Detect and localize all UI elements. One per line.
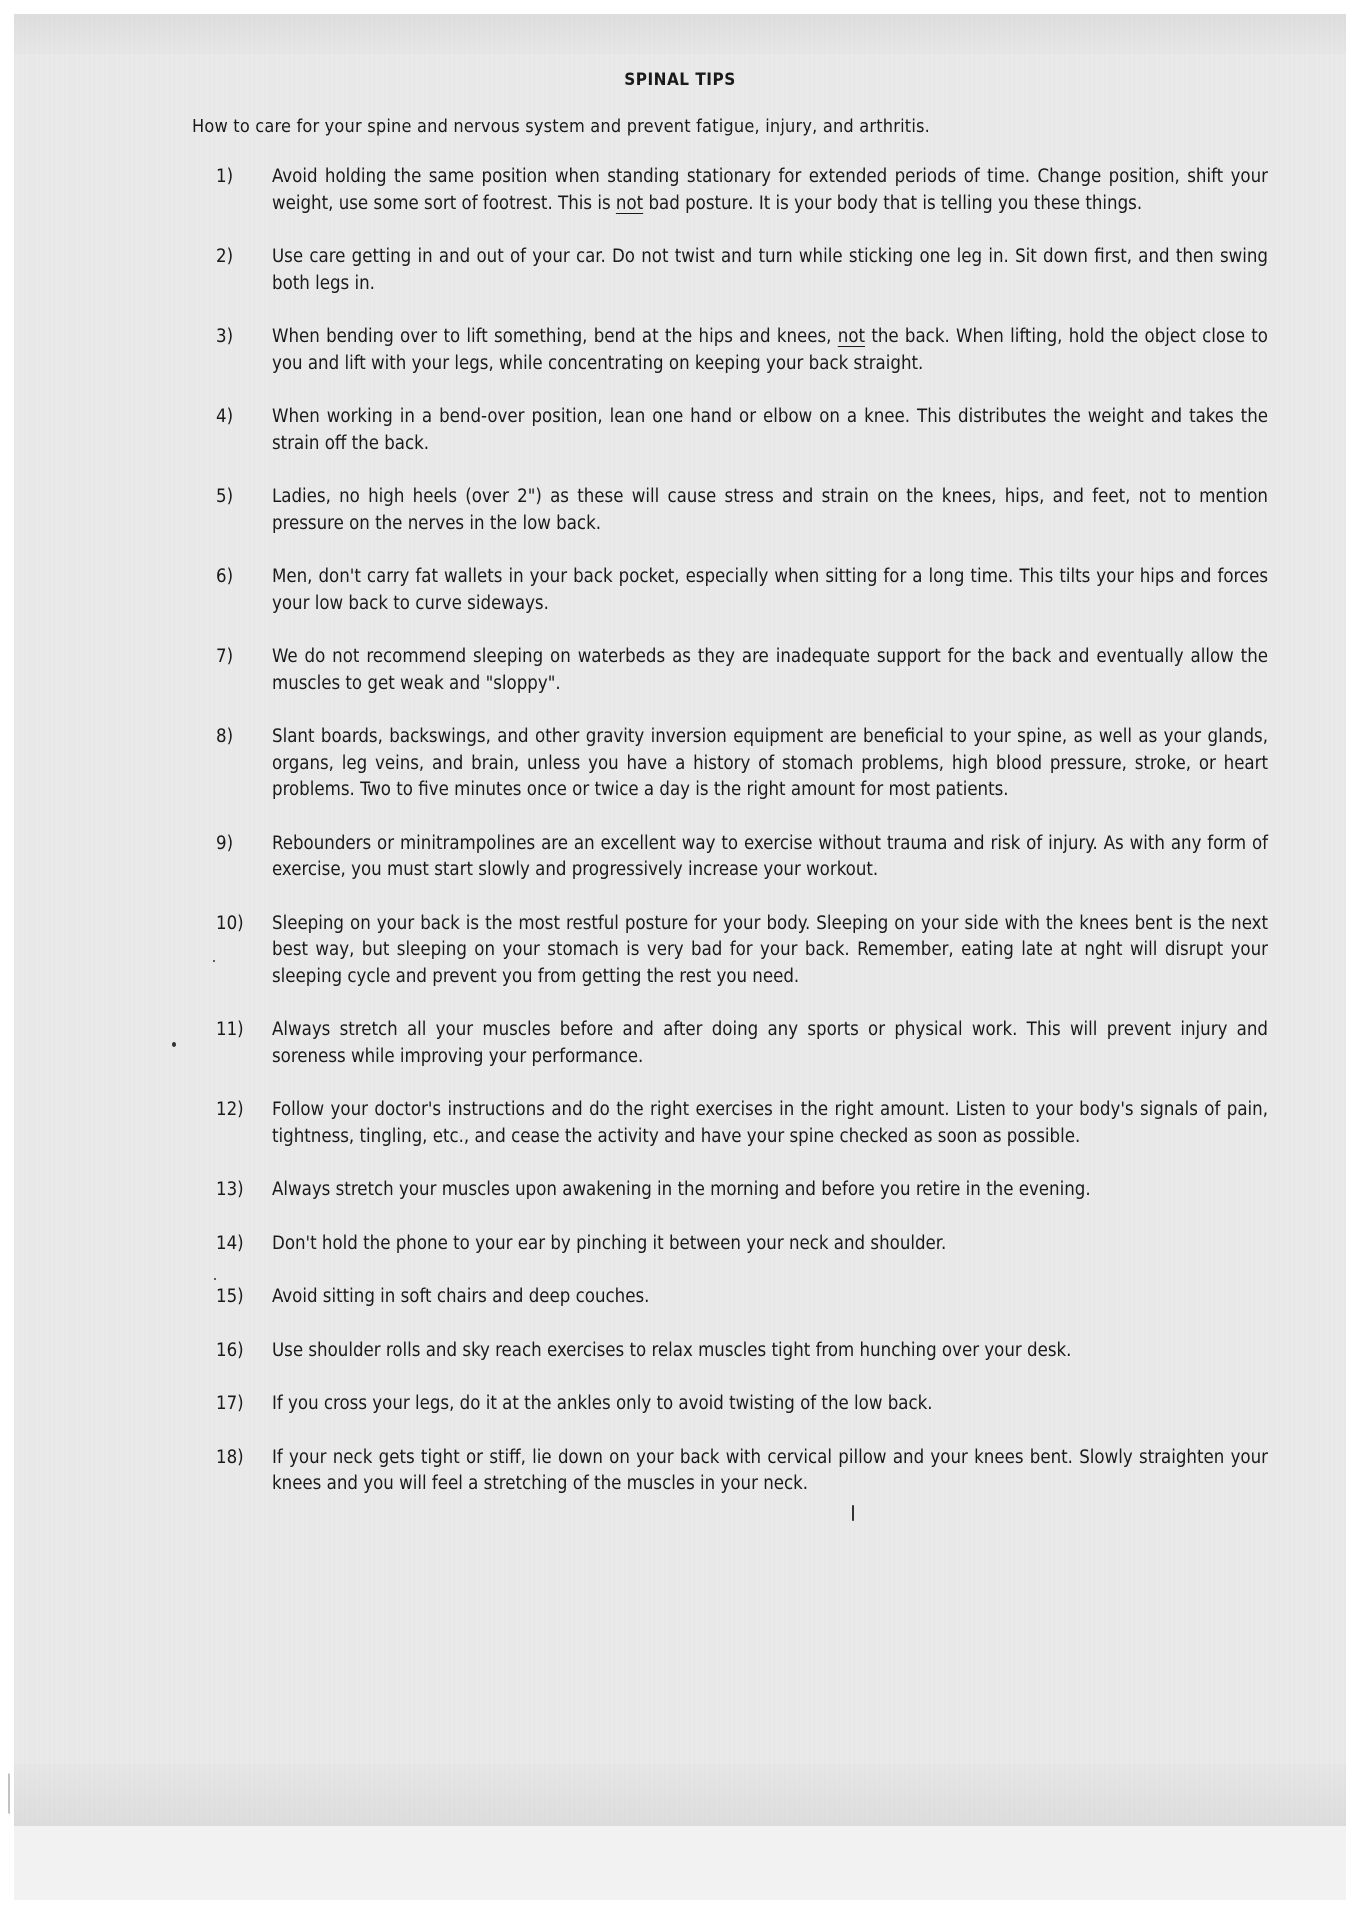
tip-item: 1)Avoid holding the same position when s… <box>208 164 1268 217</box>
tips-list: 1)Avoid holding the same position when s… <box>208 164 1268 1498</box>
text-run: Men, don't carry fat wallets in your bac… <box>272 566 1268 614</box>
tip-text: Slant boards, backswings, and other grav… <box>272 726 1268 800</box>
tip-text: Don't hold the phone to your ear by pinc… <box>272 1233 946 1254</box>
tip-text: When bending over to lift something, ben… <box>272 326 1268 374</box>
tip-item: 11)Always stretch all your muscles befor… <box>208 1017 1268 1070</box>
tip-number: 15) <box>216 1284 264 1311</box>
tip-text: We do not recommend sleeping on waterbed… <box>272 646 1268 694</box>
page-subtitle: How to care for your spine and nervous s… <box>192 116 1292 137</box>
tip-text: Avoid sitting in soft chairs and deep co… <box>272 1286 649 1307</box>
tip-number: 6) <box>216 564 264 591</box>
tip-number: 3) <box>216 324 264 351</box>
tip-number: 5) <box>216 484 264 511</box>
text-run: Slant boards, backswings, and other grav… <box>272 726 1268 800</box>
tip-item: 3)When bending over to lift something, b… <box>208 324 1268 377</box>
tip-item: 14)Don't hold the phone to your ear by p… <box>208 1231 1268 1258</box>
tip-text: Use shoulder rolls and sky reach exercis… <box>272 1340 1071 1361</box>
text-run: Rebounders or minitrampolines are an exc… <box>272 833 1268 881</box>
tip-number: 7) <box>216 644 264 671</box>
scan-speck <box>214 1278 216 1280</box>
tip-text: Sleeping on your back is the most restfu… <box>272 913 1268 987</box>
tip-text: Avoid holding the same position when sta… <box>272 166 1268 214</box>
tip-item: 5)Ladies, no high heels (over 2") as the… <box>208 484 1268 537</box>
tip-text: Ladies, no high heels (over 2") as these… <box>272 486 1268 534</box>
tip-item: 4)When working in a bend-over position, … <box>208 404 1268 457</box>
tip-text: Use care getting in and out of your car.… <box>272 246 1268 294</box>
scan-speck <box>172 1042 176 1047</box>
tip-number: 13) <box>216 1177 264 1204</box>
tip-item: 10)Sleeping on your back is the most res… <box>208 911 1268 991</box>
tip-item: 2)Use care getting in and out of your ca… <box>208 244 1268 297</box>
text-run: If you cross your legs, do it at the ank… <box>272 1393 933 1414</box>
text-run: When bending over to lift something, ben… <box>272 326 838 347</box>
emphasis-underline: not <box>616 193 643 214</box>
tip-text: When working in a bend-over position, le… <box>272 406 1268 454</box>
tip-text: Always stretch your muscles upon awakeni… <box>272 1179 1091 1200</box>
text-run: Follow your doctor's instructions and do… <box>272 1099 1268 1147</box>
text-run: Use care getting in and out of your car.… <box>272 246 1268 294</box>
scan-noise-bottom <box>14 1764 1346 1834</box>
tip-number: 18) <box>216 1445 264 1472</box>
tip-item: 8)Slant boards, backswings, and other gr… <box>208 724 1268 804</box>
text-run: Sleeping on your back is the most restfu… <box>272 913 1268 987</box>
tip-text: If your neck gets tight or stiff, lie do… <box>272 1447 1268 1495</box>
tip-item: 15)Avoid sitting in soft chairs and deep… <box>208 1284 1268 1311</box>
text-run: If your neck gets tight or stiff, lie do… <box>272 1447 1268 1495</box>
text-run: bad posture. It is your body that is tel… <box>643 193 1142 214</box>
tip-number: 14) <box>216 1231 264 1258</box>
text-run: Don't hold the phone to your ear by pinc… <box>272 1233 946 1254</box>
text-run: Avoid sitting in soft chairs and deep co… <box>272 1286 649 1307</box>
text-run: Always stretch your muscles upon awakeni… <box>272 1179 1091 1200</box>
tip-item: 16)Use shoulder rolls and sky reach exer… <box>208 1338 1268 1365</box>
text-run: Always stretch all your muscles before a… <box>272 1019 1268 1067</box>
tip-text: If you cross your legs, do it at the ank… <box>272 1393 933 1414</box>
tip-number: 12) <box>216 1097 264 1124</box>
scan-speck <box>213 960 215 962</box>
tip-text: Men, don't carry fat wallets in your bac… <box>272 566 1268 614</box>
tip-item: 18)If your neck gets tight or stiff, lie… <box>208 1445 1268 1498</box>
text-run: Ladies, no high heels (over 2") as these… <box>272 486 1268 534</box>
tip-number: 1) <box>216 164 264 191</box>
emphasis-underline: not <box>838 326 865 347</box>
text-run: When working in a bend-over position, le… <box>272 406 1268 454</box>
tip-item: 7)We do not recommend sleeping on waterb… <box>208 644 1268 697</box>
page-bottom-margin <box>14 1826 1346 1900</box>
tip-item: 6)Men, don't carry fat wallets in your b… <box>208 564 1268 617</box>
page-title: SPINAL TIPS <box>0 70 1360 90</box>
text-run: Use shoulder rolls and sky reach exercis… <box>272 1340 1071 1361</box>
tip-number: 11) <box>216 1017 264 1044</box>
tip-text: Rebounders or minitrampolines are an exc… <box>272 833 1268 881</box>
tip-text: Follow your doctor's instructions and do… <box>272 1099 1268 1147</box>
tip-item: 12)Follow your doctor's instructions and… <box>208 1097 1268 1150</box>
tip-number: 9) <box>216 831 264 858</box>
tip-number: 2) <box>216 244 264 271</box>
tip-number: 8) <box>216 724 264 751</box>
tip-item: 9)Rebounders or minitrampolines are an e… <box>208 831 1268 884</box>
tip-item: 13)Always stretch your muscles upon awak… <box>208 1177 1268 1204</box>
tip-number: 10) <box>216 911 264 938</box>
tip-number: 4) <box>216 404 264 431</box>
tip-text: Always stretch all your muscles before a… <box>272 1019 1268 1067</box>
tip-number: 16) <box>216 1338 264 1365</box>
scan-speck <box>852 1505 854 1521</box>
text-run: We do not recommend sleeping on waterbed… <box>272 646 1268 694</box>
tip-number: 17) <box>216 1391 264 1418</box>
scan-noise-top <box>14 14 1346 54</box>
tip-item: 17)If you cross your legs, do it at the … <box>208 1391 1268 1418</box>
